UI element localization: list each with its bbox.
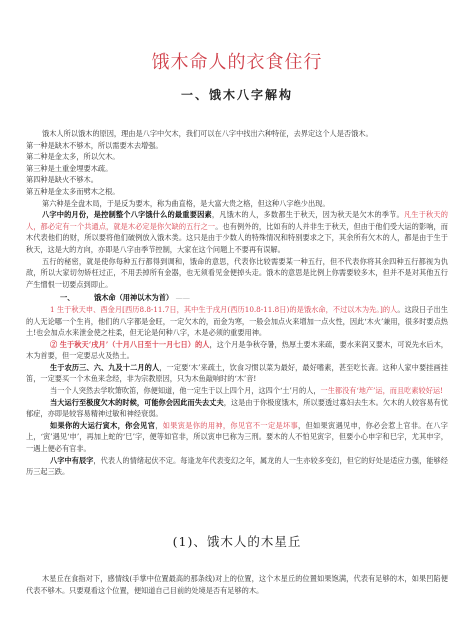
item4-red: 一生都没有‘地产’运，而且吃素较好运!	[321, 386, 443, 395]
subsection-number: 一、	[60, 292, 94, 304]
document-title: 饿木命人的衣食住行	[0, 48, 474, 74]
item-yin-wood: 如果你的大运行寅木，你会见官，如果寅是你的用神，你见官不一定是坏事，但如果寅遇见…	[26, 420, 448, 455]
feature-item: 第三种是土重金埋要木疏。	[26, 163, 448, 175]
item4-text: 当一个人突然去学吹箫吹笛，你便知道，他一定生于以上四个月，这四个‘土’月的人，	[50, 386, 321, 395]
subsection-heading: 一、饿木命（用神以木为首） ——	[26, 292, 448, 304]
jupiter-mount-body: 木星丘在食指对下，感情线(手掌中位置最高的那条线)对上的位置，这个木星丘的位置如…	[26, 573, 448, 597]
item2-red-lead: ② 生于秋天‘戌月’（十月八日至十一月七日）的人	[50, 340, 209, 349]
item6-bold-lead: 如果你的大运行寅木，你会见官	[50, 421, 155, 430]
feature-item: 第一种是缺木不够木，所以需要木去增强。	[26, 140, 448, 152]
subsection-rule: ——	[176, 293, 190, 302]
item5-bold-lead: 当大运行至极度欠木的时候，可能你会因此而失去丈夫	[50, 398, 224, 407]
feature-item: 第四种是缺火不够木。	[26, 174, 448, 186]
item6-red: 如果寅是你的用神，你见官不一定是坏事	[163, 421, 298, 430]
item7-bold-lead: 八字中有辰字	[50, 456, 93, 465]
item-earth-months: 生于农历三、六、九及十二月的人，一定要‘木’来疏土，饮食习惯以菜为最好，最好嗜素…	[26, 362, 448, 385]
item-flute: 当一个人突然去学吹箫吹笛，你便知道，他一定生于以上四个月，这四个‘土’月的人，一…	[26, 385, 448, 397]
item6-sep: ，	[155, 421, 163, 430]
month-paragraph: 八字中的月份，是控制整个八字饿什么的最重要因素，凡饿木的人，多数都生于秋天，因为…	[26, 209, 448, 255]
jupiter-mount-paragraph: 木星丘在食指对下，感情线(手掌中位置最高的那条线)对上的位置，这个木星丘的位置如…	[26, 573, 448, 597]
document-page: 饿木命人的衣食住行 一、饿木八字解构 饿木人所以饿木的原因，理由是八字中欠木，我…	[0, 0, 474, 632]
feature-item: 第五种是金太多而劈木之根。	[26, 186, 448, 198]
subsection-label: 饿木命（用神以木为首）	[94, 293, 173, 302]
section-heading-bazi: 一、饿木八字解构	[0, 86, 474, 103]
item-xu-month: ② 生于秋天‘戌月’（十月八日至十一月七日）的人，这个月是争秋夺暑，热厚土要木来…	[26, 339, 448, 362]
month-text: ，凡饿木的人，多数都生于秋天，因为秋天是欠木的季节。	[212, 210, 404, 219]
wuxing-paragraph: 五行的秘密，就是使你每种五行都得到调和，饿命的意思，代表你比较需要某一种五行，但…	[26, 256, 448, 291]
item-autumn-months: 1 生于秋天申、酉金月[西历8.8-11.7日，其中生于戌月(西历10.8-11…	[26, 304, 448, 339]
item1-red-lead: 1 生于秋天申、酉金月[西历8.8-11.7日，其中生于戌月(西历10.8-11…	[50, 305, 397, 314]
section-heading-jupiter-mount: (1)、饿木人的木星丘	[0, 532, 474, 550]
item-chen: 八字中有辰字，代表人的情绪起伏不定。每逢龙年代表变幻之年，属龙的人一生亦较多变幻…	[26, 455, 448, 478]
feature-item: 第二种是金太多，所以欠木。	[26, 151, 448, 163]
item-luck-cycle: 当大运行至极度欠木的时候，可能你会因此而失去丈夫，这是由于你极度饿木，所以要透过…	[26, 397, 448, 420]
document-body: 饿木人所以饿木的原因，理由是八字中欠木，我们可以在八字中找出六种特征，去界定这个…	[26, 128, 448, 478]
feature-item-six: 第六种是全盘木局，于是反为要木，称为曲直格，是大富大贵之格，但这种八字绝少出现。	[26, 198, 448, 210]
item3-bold-lead: 生于农历三、六、九及十二月的人	[50, 363, 159, 372]
intro-paragraph: 饿木人所以饿木的原因，理由是八字中欠木，我们可以在八字中找出六种特征，去界定这个…	[26, 128, 448, 140]
month-bold-lead: 八字中的月份，是控制整个八字饿什么的最重要因素	[42, 210, 212, 219]
